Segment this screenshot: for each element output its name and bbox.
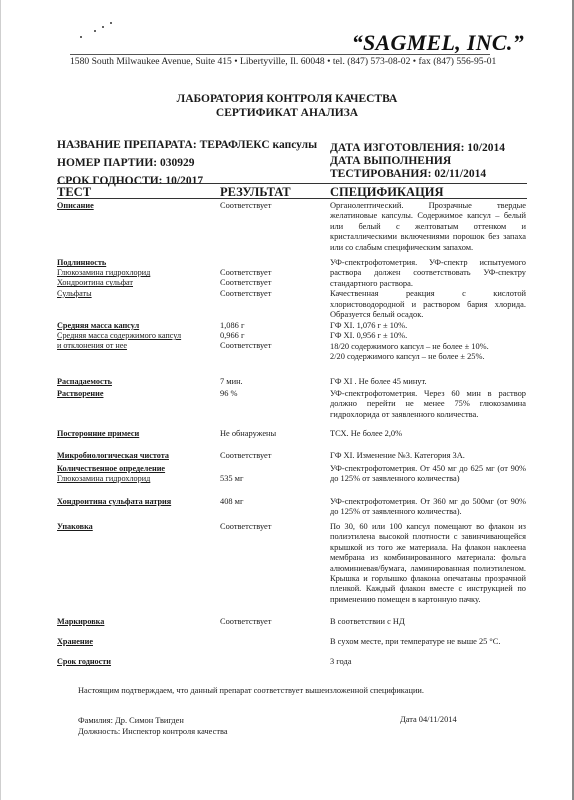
test-name: Описание [57,201,222,211]
test-specification: УФ-спектрофотометрия. УФ-спектр испытуем… [330,258,526,320]
test-specification: ГФ XI. Изменение №3. Категория 3А. [330,451,526,461]
signature-date: Дата 04/11/2014 [400,715,457,724]
company-name: “SAGMEL, INC.” [352,30,524,56]
spec-text: Органолептический. Прозрачные твердые же… [330,201,526,253]
spec-text: ГФ XI. 0,956 г ± 10%. [330,331,526,341]
test-specification: УФ-спектрофотометрия. От 360 мг до 500мг… [330,497,526,518]
test-label: Микробиологическая чистота [57,451,222,461]
test-specification: ГФ XI. 1,076 г ± 10%.ГФ XI. 0,956 г ± 10… [330,321,526,363]
test-label: Маркировка [57,617,222,627]
test-name: Хранение [57,637,222,647]
test-label: Количественное определение [57,464,222,474]
test-name: Средняя масса капсулСредняя масса содерж… [57,321,222,352]
test-date: ТЕСТИРОВАНИЯ: 02/11/2014 [330,168,505,181]
signatory: Фамилия: Др. Симон Твигден Должность: Ин… [78,715,228,737]
test-result: 408 мг [220,497,320,507]
spec-text: 18/20 содержимого капсул – не более ± 10… [330,342,526,352]
company-address: 1580 South Milwaukee Avenue, Suite 415 •… [70,56,496,67]
spec-text: Качественная реакция с кислотой хлористо… [330,289,526,320]
signatory-position: Должность: Инспектор контроля качества [78,726,228,737]
test-result: Соответствует [220,451,320,461]
test-result: 1,086 г0,966 гСоответствует [220,321,320,352]
test-result: 7 мин. [220,377,320,387]
test-specification: По 30, 60 или 100 капсул помещают во фла… [330,522,526,605]
test-label: Хранение [57,637,222,647]
scan-edge-left [0,0,1,800]
test-label: Растворение [57,389,222,399]
table-top-rule [57,183,527,184]
test-name: Распадаемость [57,377,222,387]
test-label: Глюкозамина гидрохлорид [57,268,222,278]
result-value: Соответствует [220,617,320,627]
spec-text: ГФ XI . Не более 45 минут. [330,377,526,387]
test-label: Упаковка [57,522,222,532]
confirmation-statement: Настоящим подтверждаем, что данный препа… [78,686,424,695]
result-value: Соответствует [220,341,320,351]
test-name: Посторонние примеси [57,429,222,439]
test-name: Срок годности [57,657,222,667]
test-specification: УФ-спектрофотометрия. Через 60 мин в рас… [330,389,526,420]
result-value: Соответствует [220,522,320,532]
test-specification: ГФ XI . Не более 45 минут. [330,377,526,387]
result-value: 0,966 г [220,331,320,341]
test-label: Глюкозамина гидрохлорид [57,474,222,484]
test-label: Хондроитина сульфат [57,278,222,288]
manufacture-date: ДАТА ИЗГОТОВЛЕНИЯ: 10/2014 [330,142,505,155]
test-name: ПодлинностьГлюкозамина гидрохлоридХондро… [57,258,222,299]
test-label: Сульфаты [57,289,222,299]
spec-text: По 30, 60 или 100 капсул помещают во фла… [330,522,526,605]
test-specification: УФ-спектрофотометрия. От 450 мг до 625 м… [330,464,526,485]
date-meta: ДАТА ИЗГОТОВЛЕНИЯ: 10/2014 ДАТА ВЫПОЛНЕН… [330,142,505,181]
result-value: Соответствует [220,289,320,299]
spec-text: ГФ XI. Изменение №3. Категория 3А. [330,451,526,461]
test-result [220,657,320,667]
title-lab: ЛАБОРАТОРИЯ КОНТРОЛЯ КАЧЕСТВА [0,92,574,106]
result-value [220,258,320,268]
batch-number: НОМЕР ПАРТИИ: 030929 [57,154,317,172]
spec-text: УФ-спектрофотометрия. Через 60 мин в рас… [330,389,526,420]
test-name: Хондроитина сульфата натрия [57,497,222,507]
scan-specks [80,22,120,42]
test-name: Количественное определениеГлюкозамина ги… [57,464,222,484]
title-certificate: СЕРТИФИКАТ АНАЛИЗА [0,106,574,120]
test-result: 535 мг [220,464,320,484]
test-specification: 3 года [330,657,526,667]
test-result: Не обнаружены [220,429,320,439]
result-value: 535 мг [220,474,320,484]
table-header-rule [57,198,527,199]
spec-text: УФ-спектрофотометрия. От 450 мг до 625 м… [330,464,526,485]
product-name: НАЗВАНИЕ ПРЕПАРАТА: ТЕРАФЛЕКС капсулы [57,136,317,154]
test-label: Средняя масса содержимого капсул [57,331,222,341]
spec-text: 2/20 содержимого капсул – не более ± 25%… [330,352,526,362]
spec-text: ГФ XI. 1,076 г ± 10%. [330,321,526,331]
spec-text: УФ-спектрофотометрия. УФ-спектр испытуем… [330,258,526,289]
test-result: Соответствует [220,201,320,211]
test-name: Растворение [57,389,222,399]
test-label: Подлинность [57,258,222,268]
result-value [220,464,320,474]
spec-text: В соответствии с НД [330,617,526,627]
test-specification: В сухом месте, при температуре не выше 2… [330,637,526,647]
test-label: и отклонения от нее [57,341,222,351]
test-label: Хондроитина сульфата натрия [57,497,222,507]
test-label: Распадаемость [57,377,222,387]
test-label: Срок годности [57,657,222,667]
spec-text: ТСХ. Не более 2,0% [330,429,526,439]
product-meta: НАЗВАНИЕ ПРЕПАРАТА: ТЕРАФЛЕКС капсулы НО… [57,136,317,190]
result-value: Соответствует [220,201,320,211]
test-date-label: ДАТА ВЫПОЛНЕНИЯ [330,155,505,168]
result-value: Соответствует [220,268,320,278]
result-value: 408 мг [220,497,320,507]
test-result: 96 % [220,389,320,399]
spec-text: УФ-спектрофотометрия. От 360 мг до 500мг… [330,497,526,518]
document-title: ЛАБОРАТОРИЯ КОНТРОЛЯ КАЧЕСТВА СЕРТИФИКАТ… [0,92,574,120]
test-result: Соответствует [220,617,320,627]
result-value: 96 % [220,389,320,399]
test-specification: ТСХ. Не более 2,0% [330,429,526,439]
letterhead-divider [70,54,490,55]
result-value: Не обнаружены [220,429,320,439]
test-result [220,637,320,647]
test-specification: Органолептический. Прозрачные твердые же… [330,201,526,253]
test-result: СоответствуетСоответствуетСоответствует [220,258,320,299]
test-name: Микробиологическая чистота [57,451,222,461]
result-value: Соответствует [220,451,320,461]
result-value: 1,086 г [220,321,320,331]
test-name: Маркировка [57,617,222,627]
test-name: Упаковка [57,522,222,532]
result-value [220,637,320,647]
result-value: 7 мин. [220,377,320,387]
spec-text: В сухом месте, при температуре не выше 2… [330,637,526,647]
result-value: Соответствует [220,278,320,288]
spec-text: 3 года [330,657,526,667]
test-label: Описание [57,201,222,211]
test-result: Соответствует [220,522,320,532]
result-value [220,657,320,667]
test-label: Средняя масса капсул [57,321,222,331]
test-label: Посторонние примеси [57,429,222,439]
test-specification: В соответствии с НД [330,617,526,627]
signatory-name: Фамилия: Др. Симон Твигден [78,715,228,726]
